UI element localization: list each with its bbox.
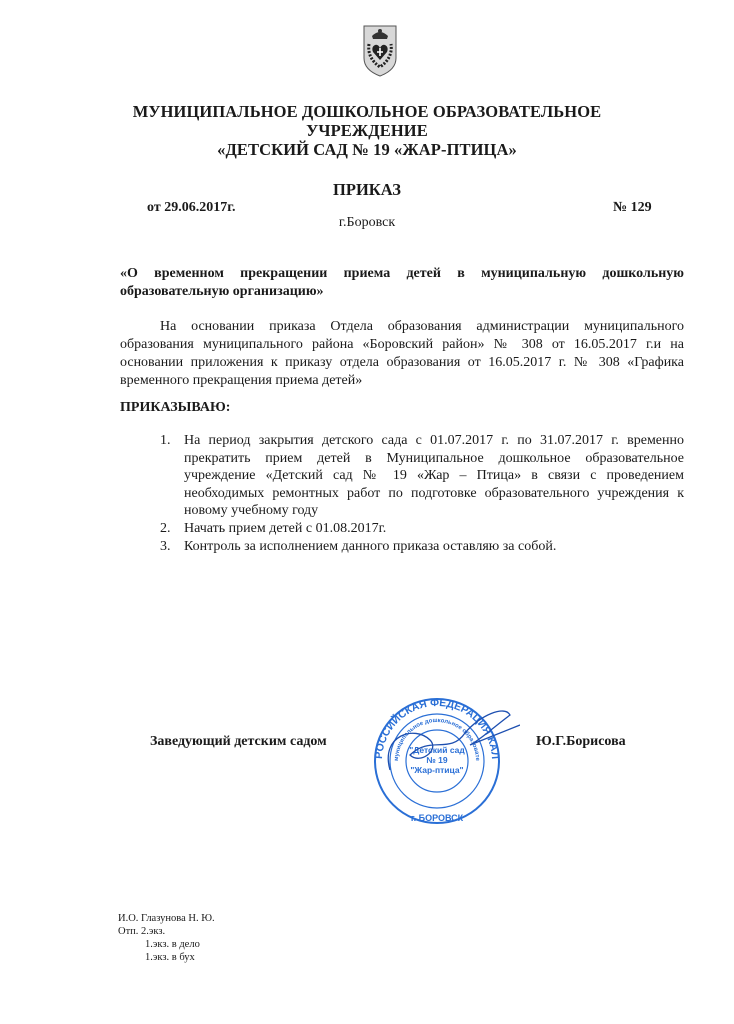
organization-line-3: «ДЕТСКИЙ САД № 19 «ЖАР-ПТИЦА»: [0, 140, 734, 159]
organization-line-2: УЧРЕЖДЕНИЕ: [0, 121, 734, 140]
item-number: 1.: [160, 432, 171, 450]
official-stamp: РОССИЙСКАЯ ФЕДЕРАЦИЯ КАЛУЖСКАЯ ОБЛАСТЬ м…: [370, 695, 520, 830]
document-title: ПРИКАЗ: [0, 180, 734, 200]
svg-text:№ 19: № 19: [426, 755, 448, 765]
signer-name: Ю.Г.Борисова: [536, 734, 626, 750]
organization-title: МУНИЦИПАЛЬНОЕ ДОШКОЛЬНОЕ ОБРАЗОВАТЕЛЬНОЕ…: [0, 102, 734, 159]
item-text: Начать прием детей с 01.08.2017г.: [184, 521, 386, 536]
order-basis-paragraph: На основании приказа Отдела образования …: [120, 318, 684, 390]
svg-text:г. БОРОВСК: г. БОРОВСК: [411, 813, 464, 823]
decree-items-list: 1. На период закрытия детского сада с 01…: [160, 432, 684, 555]
order-number: № 129: [613, 200, 652, 216]
copy-line: 1.экз. в дело: [118, 938, 215, 951]
order-date: от 29.06.2017г.: [147, 200, 235, 216]
decree-item: 3. Контроль за исполнением данного прика…: [160, 538, 684, 556]
item-text: На период закрытия детского сада с 01.07…: [184, 433, 684, 518]
order-city: г.Боровск: [0, 215, 734, 231]
item-number: 3.: [160, 538, 171, 556]
signer-position: Заведующий детским садом: [150, 734, 327, 750]
organization-line-1: МУНИЦИПАЛЬНОЕ ДОШКОЛЬНОЕ ОБРАЗОВАТЕЛЬНОЕ: [0, 102, 734, 121]
decree-item: 1. На период закрытия детского сада с 01…: [160, 432, 684, 520]
document-footer: И.О. Глазунова Н. Ю. Отп. 2.экз. 1.экз. …: [118, 912, 215, 964]
executor-line: И.О. Глазунова Н. Ю.: [118, 912, 215, 925]
svg-text:"Детский сад: "Детский сад: [409, 745, 465, 755]
svg-text:"Жар-птица": "Жар-птица": [410, 765, 463, 775]
copies-line: Отп. 2.экз.: [118, 925, 215, 938]
decree-item: 2. Начать прием детей с 01.08.2017г.: [160, 520, 684, 538]
coat-of-arms-icon: [361, 22, 399, 78]
copy-line: 1.экз. в бух: [118, 951, 215, 964]
order-subject: «О временном прекращении приема детей в …: [120, 265, 684, 301]
decree-heading: ПРИКАЗЫВАЮ:: [120, 400, 230, 416]
item-number: 2.: [160, 520, 171, 538]
item-text: Контроль за исполнением данного приказа …: [184, 539, 556, 554]
